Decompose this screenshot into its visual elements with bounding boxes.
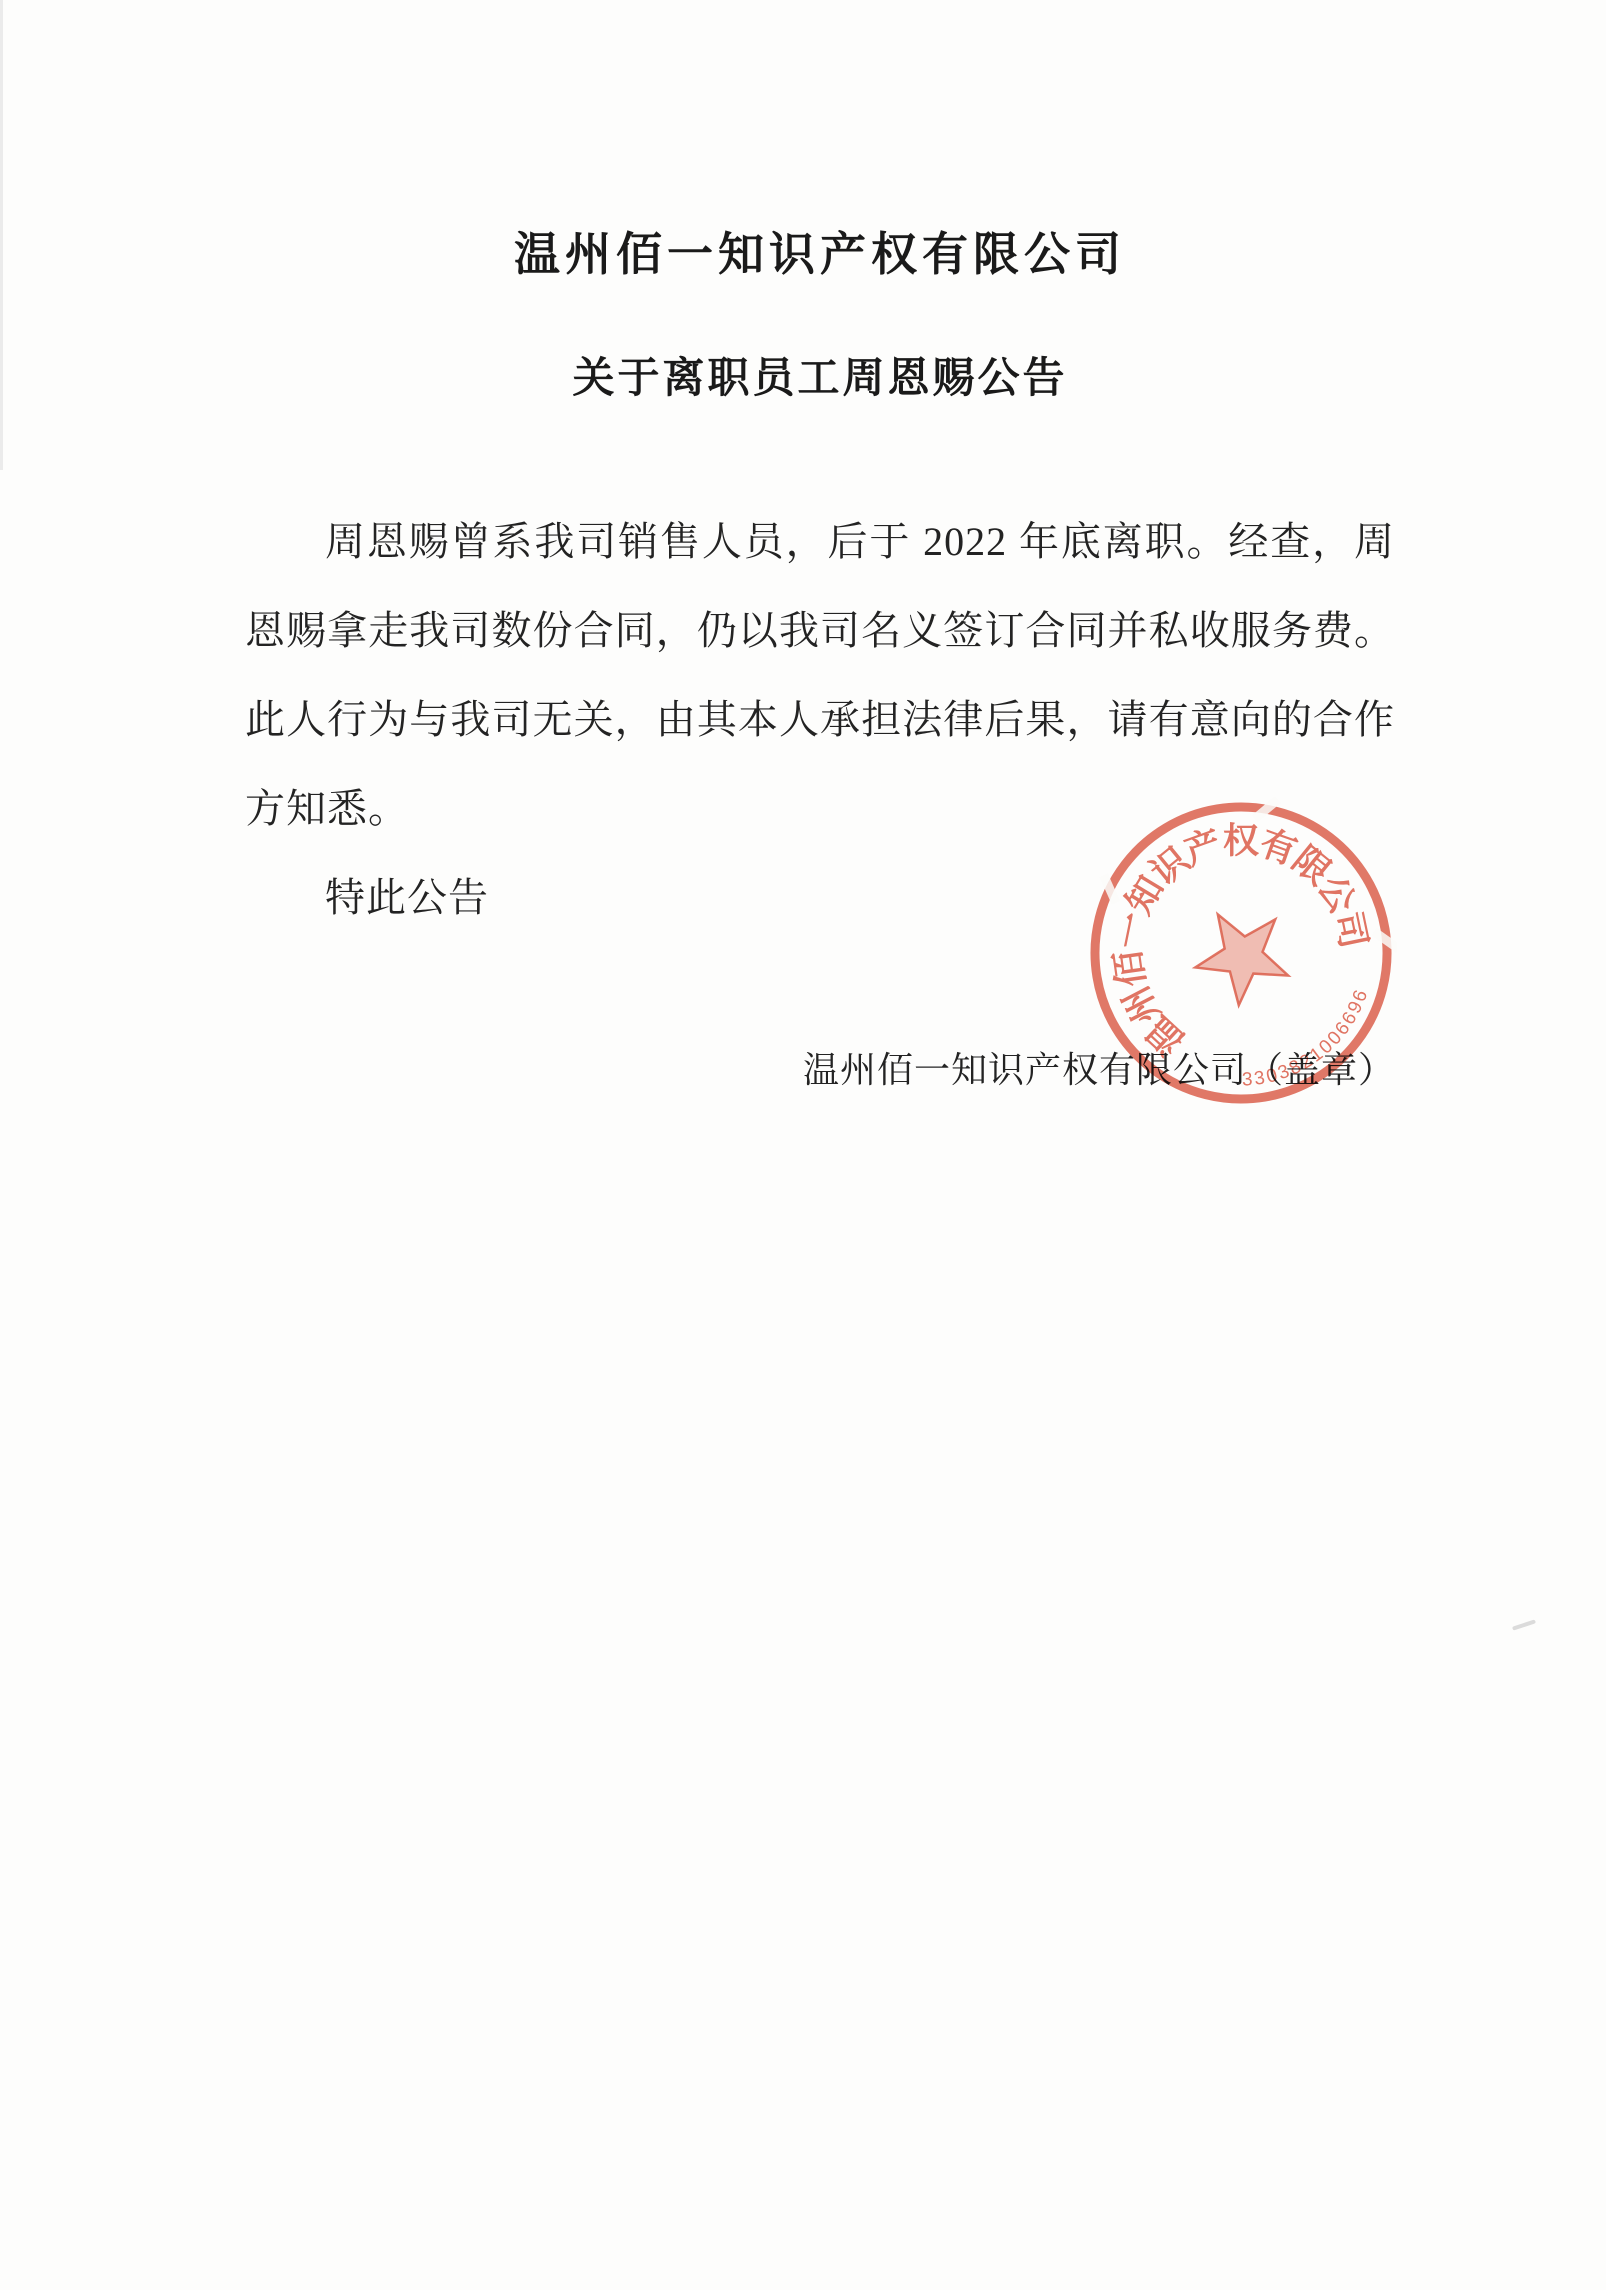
seal-star-icon	[1178, 890, 1304, 1014]
seal-name-char: 佰	[1108, 948, 1153, 989]
seal-name-char: 司	[1327, 908, 1374, 951]
company-title: 温州佰一知识产权有限公司	[245, 0, 1395, 280]
scan-smudge-artifact	[1512, 1619, 1536, 1630]
seal-serial-digit: 3	[1241, 1069, 1253, 1090]
announcement-subtitle: 关于离职员工周恩赐公告	[245, 356, 1395, 402]
seal-name-char: 权	[1223, 821, 1259, 861]
company-seal-stamp: 温州佰一知识产权有限公司 3303821006696	[1085, 797, 1397, 1109]
seal-serial-number-arc: 3303821006696	[1226, 981, 1390, 1107]
seal-rotated-group: 温州佰一知识产权有限公司 3303821006696	[1085, 797, 1397, 1109]
scan-edge-artifact	[0, 0, 3, 470]
document-page: 温州佰一知识产权有限公司 关于离职员工周恩赐公告 周恩赐曾系我司销售人员，后于 …	[0, 0, 1606, 2290]
